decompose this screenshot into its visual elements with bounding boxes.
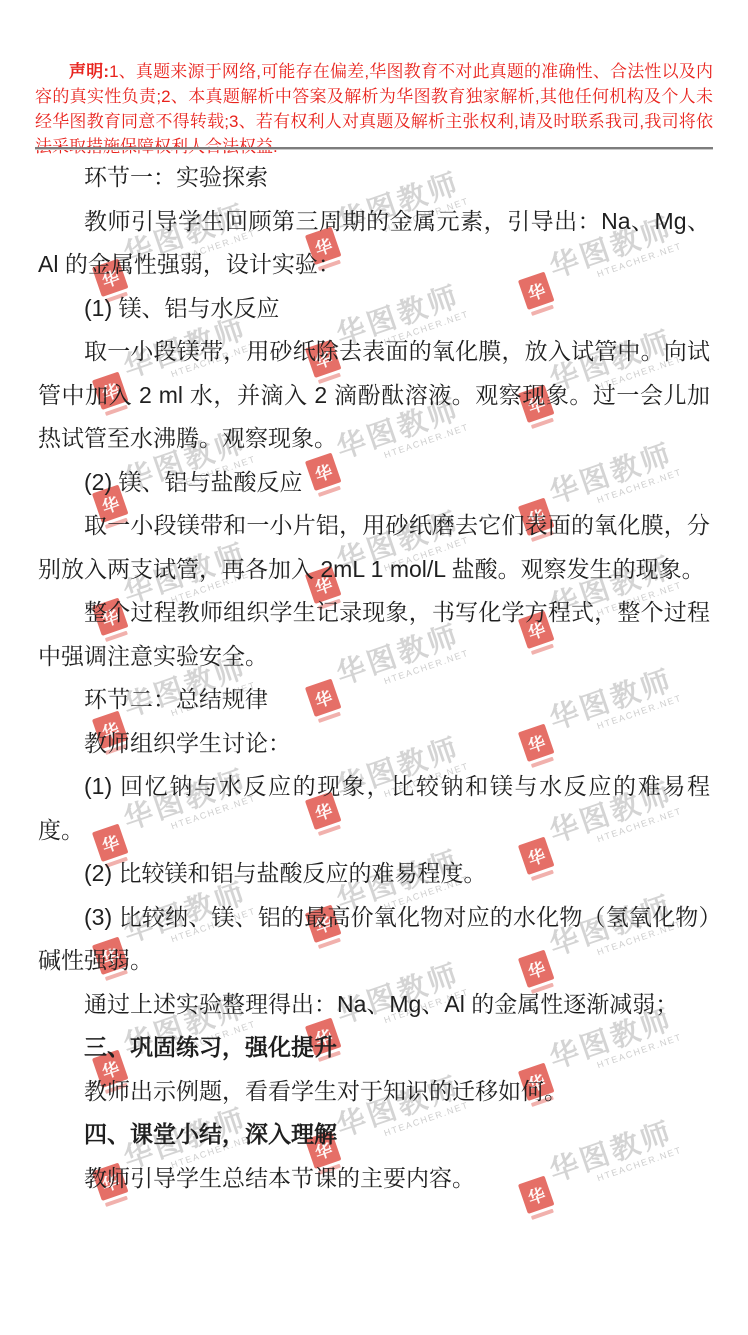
document-body: 环节一：实验探索教师引导学生回顾第三周期的金属元素，引导出：Na、Mg、Al 的… xyxy=(38,156,710,1200)
section-heading: 四、课堂小结，深入理解 xyxy=(38,1113,710,1157)
paragraph: (1) 回忆钠与水反应的现象，比较钠和镁与水反应的难易程度。 xyxy=(38,765,710,852)
disclaimer-label: 声明: xyxy=(69,62,109,81)
paragraph: 取一小段镁带和一小片铝，用砂纸磨去它们表面的氧化膜，分别放入两支试管，再各加入 … xyxy=(38,504,710,591)
paragraph: 整个过程教师组织学生记录现象，书写化学方程式，整个过程中强调注意实验安全。 xyxy=(38,591,710,678)
paragraph: (2) 比较镁和铝与盐酸反应的难易程度。 xyxy=(38,852,710,896)
paragraph: 教师引导学生回顾第三周期的金属元素，引导出：Na、Mg、Al 的金属性强弱，设计… xyxy=(38,200,710,287)
header-divider xyxy=(35,147,713,150)
paragraph: 通过上述实验整理得出：Na、Mg、Al 的金属性逐渐减弱； xyxy=(38,983,710,1027)
paragraph: (3) 比较纳、镁、铝的最高价氧化物对应的水化物（氢氧化物）碱性强弱。 xyxy=(38,896,710,983)
paragraph: (2) 镁、铝与盐酸反应 xyxy=(38,461,710,505)
paragraph: 取一小段镁带，用砂纸除去表面的氧化膜，放入试管中。向试管中加入 2 ml 水，并… xyxy=(38,330,710,461)
logo-subtext-bar xyxy=(531,1209,554,1220)
paragraph: 教师引导学生总结本节课的主要内容。 xyxy=(38,1157,710,1201)
section-heading: 三、巩固练习，强化提升 xyxy=(38,1026,710,1070)
disclaimer-notice: 声明:1、真题来源于网络,可能存在偏差,华图教育不对此真题的准确性、合法性以及内… xyxy=(35,59,713,159)
paragraph: 教师出示例题，看看学生对于知识的迁移如何。 xyxy=(38,1070,710,1114)
paragraph: (1) 镁、铝与水反应 xyxy=(38,287,710,331)
paragraph: 环节一：实验探索 xyxy=(38,156,710,200)
paragraph: 环节二：总结规律 xyxy=(38,678,710,722)
paragraph: 教师组织学生讨论： xyxy=(38,722,710,766)
disclaimer-text: 1、真题来源于网络,可能存在偏差,华图教育不对此真题的准确性、合法性以及内容的真… xyxy=(35,62,713,156)
